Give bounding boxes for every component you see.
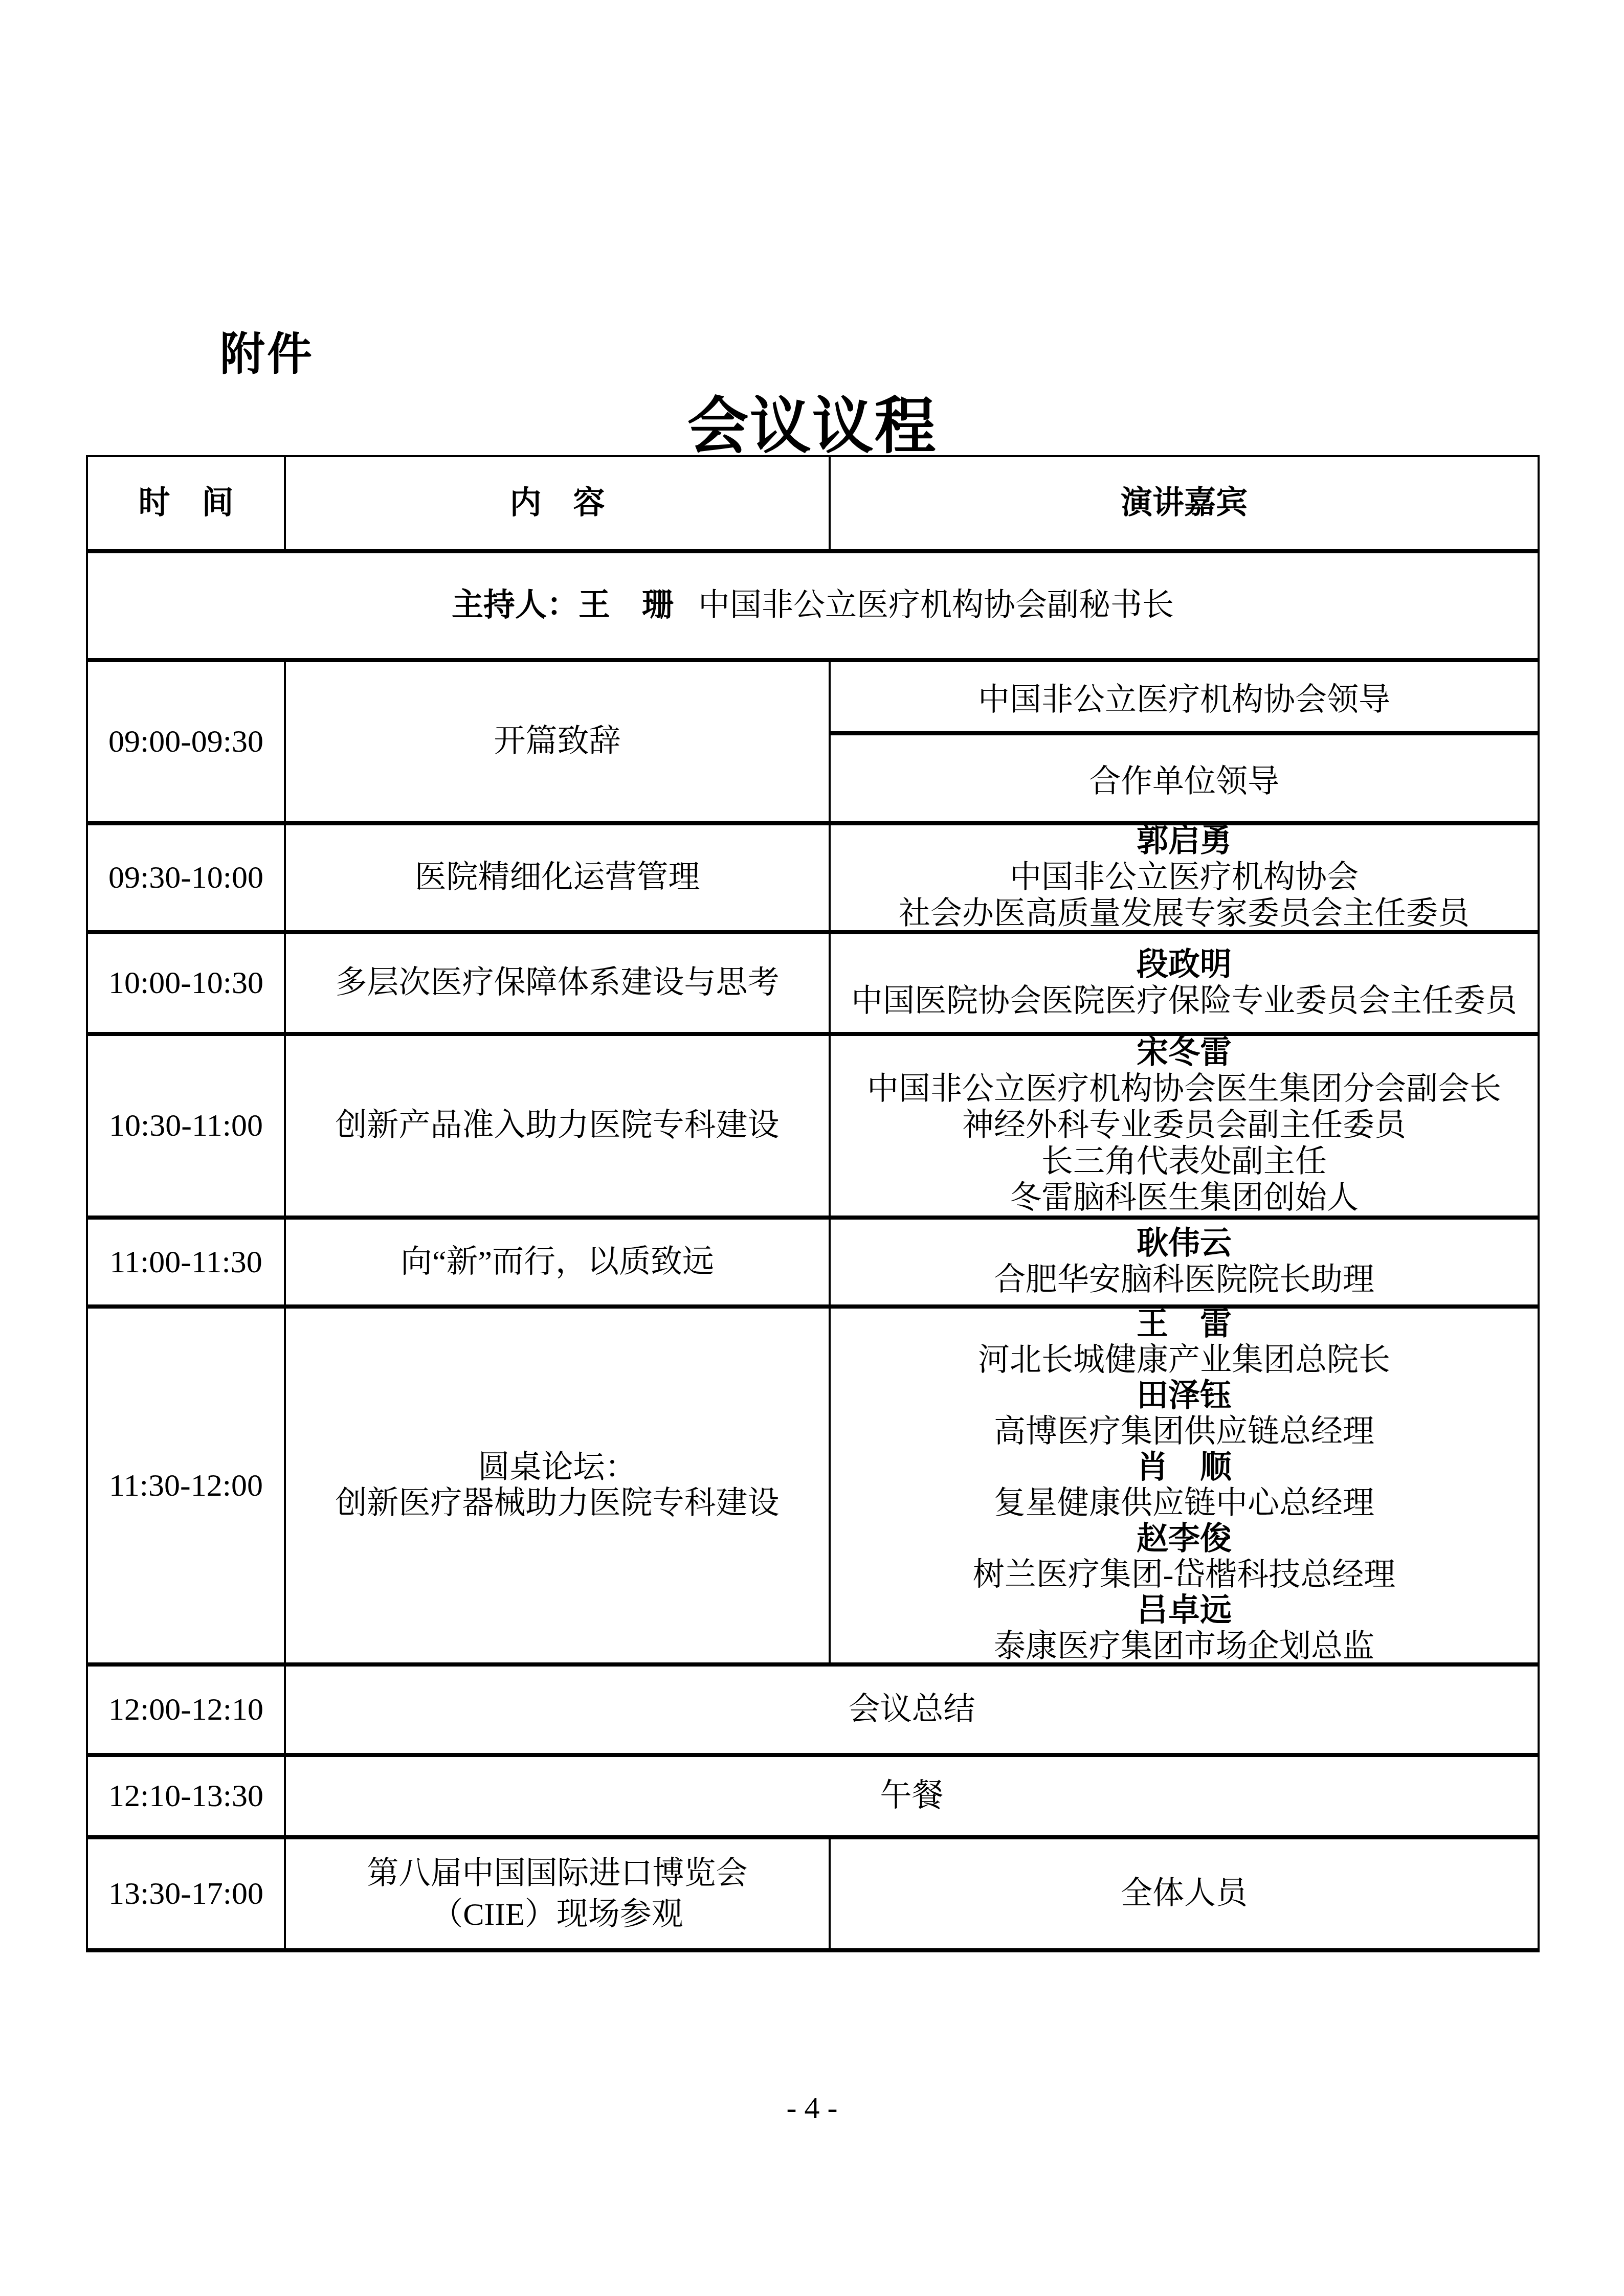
speaker-subcell: 中国非公立医疗机构协会领导 [831,662,1538,731]
content-line: 创新医疗器械助力医院专科建设 [335,1485,779,1521]
content-cell: 医院精细化运营管理 [286,825,831,930]
table-row: 12:00-12:10 会议总结 [88,1662,1538,1753]
merged-cell: 会议总结 [286,1667,1538,1753]
speaker-name: 段政明 [1137,947,1232,983]
table-row: 10:00-10:30 多层次医疗保障体系建设与思考 段政明 中国医院协会医院医… [88,930,1538,1032]
table-row: 09:30-10:00 医院精细化运营管理 郭启勇 中国非公立医疗机构协会 社会… [88,821,1538,930]
speaker-title: 神经外科专业委员会副主任委员 [962,1108,1406,1144]
speaker-title: 中国非公立医疗机构协会医生集团分会副会长 [867,1071,1501,1108]
time-cell: 10:00-10:30 [88,934,286,1032]
attachment-label: 附件 [220,318,314,382]
speaker-cell: 耿伟云 合肥华安脑科医院院长助理 [831,1220,1538,1304]
speaker-title: 泰康医疗集团市场企划总监 [994,1629,1374,1664]
speaker-title: 冬雷脑科医生集团创始人 [1010,1180,1359,1217]
speaker-title: 中国医院协会医院医疗保险专业委员会主任委员 [851,983,1517,1020]
speaker-title: 河北长城健康产业集团总院长 [978,1342,1390,1378]
speaker-title: 合肥华安脑科医院院长助理 [994,1262,1374,1298]
table-row: 12:10-13:30 午餐 [88,1753,1538,1835]
host-row: 主持人：王 珊 中国非公立医疗机构协会副秘书长 [88,549,1538,658]
table-row: 13:30-17:00 第八届中国国际进口博览会 （CIIE）现场参观 全体人员 [88,1835,1538,1948]
speaker-name: 耿伟云 [1137,1226,1232,1262]
speaker-name: 宋冬雷 [1137,1035,1232,1071]
speaker-cell: 中国非公立医疗机构协会领导 合作单位领导 [831,662,1538,821]
speaker-cell: 郭启勇 中国非公立医疗机构协会 社会办医高质量发展专家委员会主任委员 [831,825,1538,930]
header-content: 内 容 [286,457,831,549]
speaker-title: 社会办医高质量发展专家委员会主任委员 [899,896,1470,932]
content-cell: 多层次医疗保障体系建设与思考 [286,934,831,1032]
table-row: 09:00-09:30 开篇致辞 中国非公立医疗机构协会领导 合作单位领导 [88,658,1538,821]
table-header-row: 时 间 内 容 演讲嘉宾 [88,457,1538,549]
time-cell: 09:00-09:30 [88,662,286,821]
time-cell: 12:10-13:30 [88,1757,286,1835]
speaker-cell: 段政明 中国医院协会医院医疗保险专业委员会主任委员 [831,934,1538,1032]
time-cell: 11:00-11:30 [88,1220,286,1304]
speaker-name: 田泽钰 [1137,1378,1232,1414]
host-cell: 主持人：王 珊 中国非公立医疗机构协会副秘书长 [88,553,1538,658]
speaker-name: 吕卓远 [1137,1593,1232,1629]
speaker-cell: 王 雷 河北长城健康产业集团总院长 田泽钰 高博医疗集团供应链总经理 肖 顺 复… [831,1309,1538,1662]
content-line: 第八届中国国际进口博览会 [367,1853,747,1894]
header-speaker: 演讲嘉宾 [831,457,1538,549]
speaker-title: 长三角代表处副主任 [1041,1144,1327,1180]
page-title: 会议议程 [0,377,1624,465]
table-row: 11:30-12:00 圆桌论坛： 创新医疗器械助力医院专科建设 王 雷 河北长… [88,1304,1538,1662]
content-cell: 第八届中国国际进口博览会 （CIIE）现场参观 [286,1839,831,1948]
host-name: 主持人：王 珊 [452,588,674,624]
table-row: 11:00-11:30 向“新”而行，以质致远 耿伟云 合肥华安脑科医院院长助理 [88,1215,1538,1304]
speaker-title: 树兰医疗集团-岱楷科技总经理 [973,1557,1396,1593]
document-page: { "page": { "attachment_label": "附件", "t… [0,0,1624,2296]
content-cell: 创新产品准入助力医院专科建设 [286,1036,831,1215]
speaker-name: 肖 顺 [1137,1450,1232,1485]
content-cell: 圆桌论坛： 创新医疗器械助力医院专科建设 [286,1309,831,1662]
content-line: 圆桌论坛： [478,1450,636,1485]
content-cell: 开篇致辞 [286,662,831,821]
speaker-subcell: 合作单位领导 [831,731,1538,821]
speaker-title: 高博医疗集团供应链总经理 [994,1414,1374,1450]
merged-cell: 午餐 [286,1757,1538,1835]
time-cell: 12:00-12:10 [88,1667,286,1753]
speaker-name: 郭启勇 [1137,823,1232,860]
time-cell: 11:30-12:00 [88,1309,286,1662]
table-row: 10:30-11:00 创新产品准入助力医院专科建设 宋冬雷 中国非公立医疗机构… [88,1032,1538,1215]
header-time: 时 间 [88,457,286,549]
speaker-title: 中国非公立医疗机构协会 [1010,860,1359,896]
page-number: - 4 - [0,2090,1624,2126]
content-line: （CIIE）现场参观 [431,1894,683,1935]
speaker-cell: 宋冬雷 中国非公立医疗机构协会医生集团分会副会长 神经外科专业委员会副主任委员 … [831,1036,1538,1215]
time-cell: 09:30-10:00 [88,825,286,930]
agenda-table: 时 间 内 容 演讲嘉宾 主持人：王 珊 中国非公立医疗机构协会副秘书长 09:… [86,455,1540,1952]
host-title: 中国非公立医疗机构协会副秘书长 [698,588,1174,624]
speaker-name: 赵李俊 [1137,1521,1232,1557]
content-cell: 向“新”而行，以质致远 [286,1220,831,1304]
speaker-name: 王 雷 [1137,1307,1232,1342]
speaker-title: 复星健康供应链中心总经理 [994,1485,1374,1521]
time-cell: 13:30-17:00 [88,1839,286,1948]
speaker-cell: 全体人员 [831,1839,1538,1948]
time-cell: 10:30-11:00 [88,1036,286,1215]
